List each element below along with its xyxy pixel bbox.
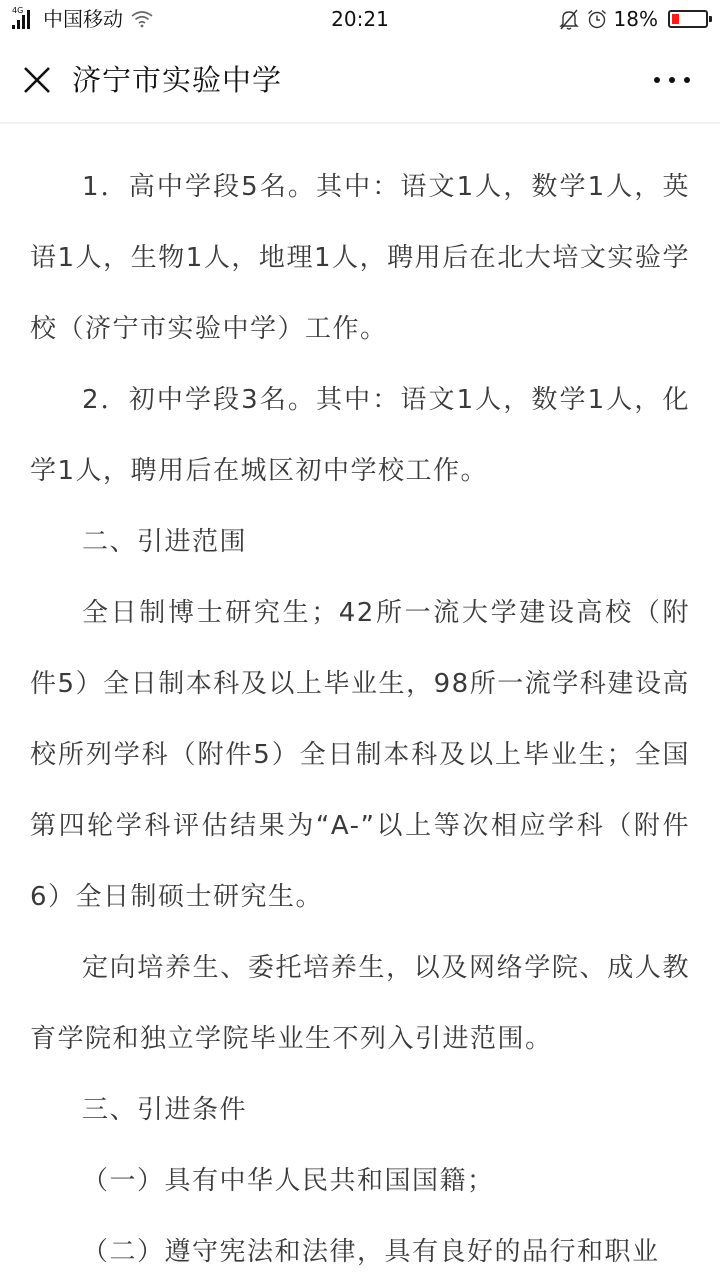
close-icon[interactable] [22, 65, 52, 95]
nav-bar: 济宁市实验中学 [0, 38, 720, 124]
page-title: 济宁市实验中学 [72, 60, 282, 100]
battery-percent: 18% [614, 6, 658, 32]
mute-bell-icon [558, 8, 580, 30]
section-heading-scope: 二、引进范围 [30, 507, 690, 578]
battery-icon [668, 10, 708, 28]
status-bar: 4G 中国移动 20:21 18% [0, 0, 720, 38]
article-content[interactable]: 1．高中学段5名。其中：语文1人，数学1人，英语1人，生物1人，地理1人，聘用后… [0, 124, 720, 1280]
more-dots-icon [654, 77, 660, 83]
more-options-button[interactable] [654, 72, 690, 88]
condition-item-2: （二）遵守宪法和法律，具有良好的品行和职业 [30, 1217, 690, 1280]
condition-item-1: （一）具有中华人民共和国国籍； [30, 1146, 690, 1217]
section-heading-conditions: 三、引进条件 [30, 1075, 690, 1146]
paragraph-high-school-quota: 1．高中学段5名。其中：语文1人，数学1人，英语1人，生物1人，地理1人，聘用后… [30, 152, 690, 365]
paragraph-scope-exclusions: 定向培养生、委托培养生，以及网络学院、成人教育学院和独立学院毕业生不列入引进范围… [30, 933, 690, 1075]
battery-level [672, 14, 679, 24]
alarm-clock-icon [586, 8, 608, 30]
status-right: 18% [558, 6, 708, 32]
paragraph-scope-details: 全日制博士研究生；42所一流大学建设高校（附件5）全日制本科及以上毕业生，98所… [30, 578, 690, 933]
paragraph-middle-school-quota: 2．初中学段3名。其中：语文1人，数学1人，化学1人，聘用后在城区初中学校工作。 [30, 365, 690, 507]
